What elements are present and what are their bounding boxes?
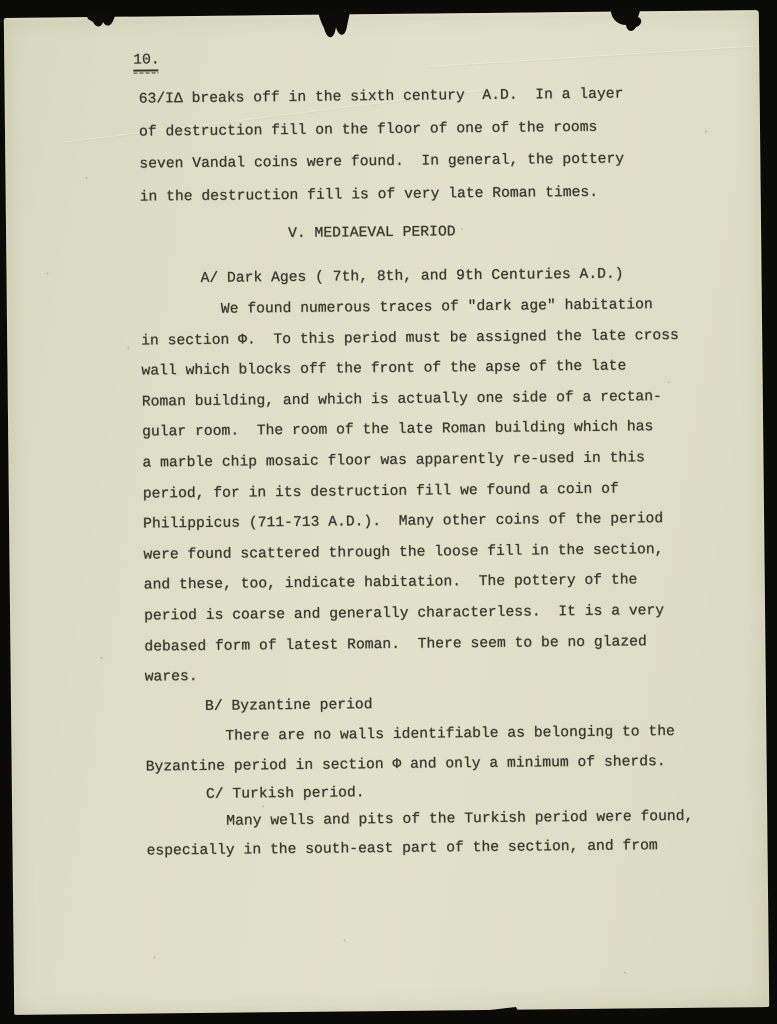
scan-background: 10. 63/IΔ breaks off in the sixth centur…	[0, 0, 777, 1024]
paper-sheet: 10. 63/IΔ breaks off in the sixth centur…	[4, 10, 769, 1015]
intro-paragraph: 63/IΔ breaks off in the sixth century A.…	[138, 77, 739, 214]
paragraph-b: There are no walls identifiable as belon…	[145, 716, 746, 782]
text-line: in section Φ. To this period must be ass…	[141, 320, 741, 357]
page-number-underline	[133, 72, 158, 73]
text-line: especially in the south-east part of the…	[146, 831, 746, 866]
paragraph-c: Many wells and pits of the Turkish perio…	[146, 802, 747, 866]
text-line: period is coarse and generally character…	[144, 595, 744, 632]
text-line: gular room. The room of the late Roman b…	[142, 412, 742, 449]
text-line: V. MEDIAEVAL PERIOD	[140, 214, 740, 250]
page-number-underline	[133, 69, 158, 71]
page-number: 10.	[133, 52, 160, 68]
text-line: A/ Dark Ages ( 7th, 8th, and 9th Centuri…	[140, 258, 740, 294]
text-line: in the destruction fill is of very late …	[140, 175, 740, 214]
typescript-text: 10. 63/IΔ breaks off in the sixth centur…	[4, 10, 769, 1015]
section-heading: V. MEDIAEVAL PERIOD	[140, 214, 740, 250]
subheading-a: A/ Dark Ages ( 7th, 8th, and 9th Centuri…	[140, 258, 740, 294]
paragraph-a: We found numerous traces of "dark age" h…	[141, 289, 745, 693]
text-blocks: 63/IΔ breaks off in the sixth century A.…	[4, 10, 759, 18]
